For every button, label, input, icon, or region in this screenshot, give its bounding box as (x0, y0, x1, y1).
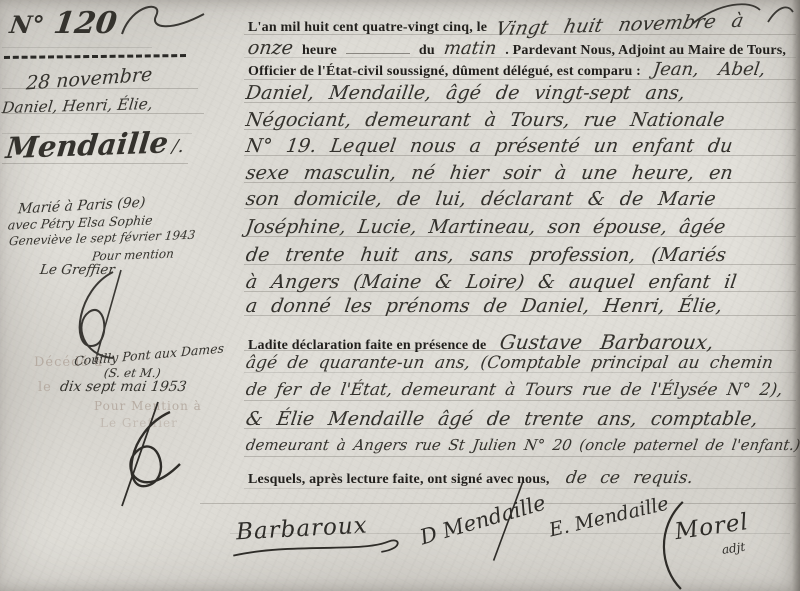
written-father-firstnames: Jean, Abel, (652, 59, 767, 80)
written-line-2: Négociant, demeurant à Tours, rue Nation… (244, 109, 726, 131)
witness-line-3: & Élie Mendaille âgé de trente ans, comp… (244, 408, 759, 430)
margin-date-text: 28 novembre (25, 64, 153, 95)
margin-child-names-text: Daniel, Henri, Élie, (1, 95, 154, 117)
margin-surname-text: Mendaille (4, 125, 170, 165)
blank-underline (346, 41, 410, 54)
written-period: matin (442, 38, 497, 59)
margin-child-names: Daniel, Henri, Élie, (2, 95, 153, 118)
body-line-2: onze heure du matin . Pardevant Nous, Ad… (248, 37, 786, 59)
written-line-9: a donné les prénoms de Daniel, Henri, Él… (244, 295, 723, 317)
printed-declaration: Ladite déclaration faite en présence de (248, 338, 486, 354)
written-witness1-name: Gustave Barbaroux, (499, 330, 716, 354)
written-hour: onze (246, 37, 294, 59)
body-closing-line: Lesquels, après lecture faite, ont signé… (248, 468, 693, 488)
witness-line-2: de fer de l'État, demeurant à Tours rue … (245, 380, 784, 400)
body-witness-line: Ladite déclaration faite en présence de … (248, 330, 714, 354)
written-line-7: de trente huit ans, sans profession, (Ma… (244, 244, 727, 266)
margin-date: 28 novembre (25, 64, 153, 95)
act-number-flourish (118, 2, 208, 42)
printed-year-phrase: L'an mil huit cent quatre-vingt cinq, le (248, 20, 487, 36)
act-number-value: 120 (51, 6, 119, 41)
margin-surname-paraph: /. (171, 136, 185, 158)
margin-surname: Mendaille /. (5, 125, 184, 165)
ruled-line (244, 400, 796, 401)
written-closing: de ce requis. (564, 468, 694, 488)
signature-official-title: adjt (721, 540, 746, 557)
witness-line-4: demeurant à Angers rue St Julien N° 20 (… (245, 436, 800, 454)
body-line-1: L'an mil huit cent quatre-vingt cinq, le… (248, 14, 742, 36)
written-line-1: Daniel, Mendaille, âgé de vingt-sept ans… (244, 82, 686, 104)
printed-heure: heure (302, 43, 337, 59)
witness-line-1: âgé de quarante-un ans, (Comptable princ… (245, 353, 775, 373)
pen-flourish (690, 0, 795, 26)
body-line-3: Officier de l'État-civil soussigné, dûme… (248, 59, 765, 80)
death-note-date-prefix: le (38, 380, 52, 395)
written-line-8: à Angers (Maine & Loire) & auquel enfant… (244, 271, 738, 293)
signature-official-paren-flourish (649, 501, 701, 591)
written-line-5: son domicile, de lui, déclarant & de Mar… (244, 188, 717, 210)
signature-witness1: Barbaroux (235, 513, 368, 546)
margin-separator-bar (4, 54, 186, 59)
printed-pardevant: . Pardevant Nous, Adjoint au Maire de To… (505, 43, 786, 59)
printed-officier: Officier de l'État-civil soussigné, dûme… (248, 64, 641, 80)
written-line-3: N° 19. Lequel nous a présenté un enfant … (244, 135, 734, 157)
scan-edge-shadow (792, 0, 800, 591)
written-line-4: sexe masculin, né hier soir à une heure,… (244, 162, 734, 184)
ruled-line (2, 47, 152, 48)
printed-du: du (419, 43, 435, 59)
signature-official: Morel adjt (673, 509, 753, 565)
signature-father: D Mendaille (417, 491, 548, 550)
civil-register-scan: N° 120 28 novembre Daniel, Henri, Élie, … (0, 0, 800, 591)
death-note-date: dix sept mai 1953 (59, 379, 188, 395)
written-line-6: Joséphine, Lucie, Martineau, son épouse,… (244, 216, 726, 238)
act-number-block: N° 120 (10, 6, 117, 41)
greffier-signature-flourish-2 (92, 402, 197, 507)
ruled-line (244, 456, 796, 457)
act-number-label: N° (8, 10, 46, 39)
